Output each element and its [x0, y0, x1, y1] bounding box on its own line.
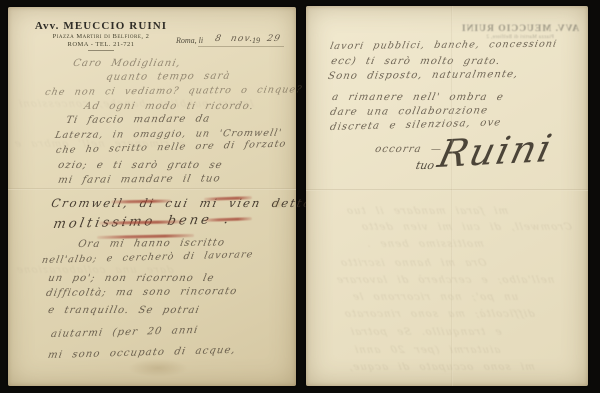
handwriting-line: dare una collaborazione [329, 105, 489, 118]
handwriting-line: Ti faccio mandare da [65, 113, 211, 126]
dateline-handwritten-date: 8 nov. [214, 34, 254, 44]
dateline: Roma, li 8 nov. 19 29 [176, 33, 292, 51]
bleedthrough-line: e tranquillo. Se potrai [349, 327, 503, 338]
bleedthrough-line: Cromwell, di cui mi vien detto [360, 222, 573, 233]
bleedthrough-line: nell'albo; e cercherò di lavorare [335, 275, 556, 286]
paper-stain [270, 199, 284, 209]
paper-stain [128, 359, 188, 377]
letter-page-2: AVV. MEUCCIO RUINI Piazza Martiri di Bel… [306, 6, 588, 386]
bleedthrough-line: moltissimo bene . [365, 239, 485, 250]
handwriting-line: Sono disposto, naturalmente, [327, 69, 519, 82]
dateline-printed-place: Roma, li [176, 36, 203, 45]
handwriting-line: nell'albo; e cercherò di lavorare [41, 249, 254, 266]
handwriting-line: e tranquillo. Se potrai [47, 305, 201, 316]
bleedthrough-line: aiutarmi (per 20 anni [353, 345, 502, 356]
handwriting-line: ozio; e ti sarò grato se [57, 160, 224, 171]
handwriting-line: difficoltà; ma sono rincorato [45, 286, 238, 299]
bleedthrough-line: mi sono occupato di acque, [347, 362, 536, 373]
bleedthrough-line: a rimanere nell' ombra e [13, 139, 187, 150]
bleedthrough-letterhead: AVV. MEUCCIO RUINI Piazza Martiri di Bel… [456, 24, 584, 40]
dateline-printed-century: 19 [252, 36, 260, 45]
bleedthrough-line: dare una collaborazione [15, 265, 175, 276]
bleedthrough-line: Ora mi hanno iscritto [339, 258, 488, 269]
letter-page-1: Avv. MEUCCIO RUINI Piazza Martiri di Bel… [8, 7, 296, 386]
bleedthrough-line: un po'; non ricorrono le [351, 292, 520, 303]
dateline-rule [198, 46, 284, 47]
letterhead: Avv. MEUCCIO RUINI Piazza Martiri di Bel… [26, 20, 176, 51]
handwriting-line: mi sono occupato di acque, [47, 345, 237, 361]
handwriting-line: ecc) ti sarò molto grato. [330, 56, 502, 67]
bleedthrough-letterhead-name: AVV. MEUCCIO RUINI [456, 24, 584, 34]
letter-photograph: Avv. MEUCCIO RUINI Piazza Martiri di Bel… [0, 0, 600, 393]
handwriting-line: Caro Modigliani, [72, 58, 182, 69]
letterhead-rule [88, 50, 114, 51]
letterhead-address: Piazza Martiri di Belfiore, 2 [26, 33, 176, 40]
bleedthrough-line: lavori pubblici, banche, concessioni [17, 99, 255, 110]
handwriting-line: quanto tempo sarà [105, 71, 232, 83]
handwriting-line: mi farai mandare il tuo [57, 173, 222, 186]
handwriting-line: Ora mi hanno iscritto [77, 237, 226, 250]
bleedthrough-line: difficoltà; ma sono rincorato [343, 309, 536, 320]
handwriting-line: lavori pubblici, banche, concessioni [329, 39, 558, 52]
fold-crease [306, 189, 588, 191]
handwriting-line: aiutarmi (per 20 anni [50, 325, 199, 340]
handwriting-line: che non ci vediamo? quattro o cinque? [44, 84, 303, 98]
bleedthrough-line: mi farai mandare il tuo [345, 206, 509, 217]
letterhead-phone: ROMA - TEL. 21-721 [26, 41, 176, 48]
letterhead-name: Avv. MEUCCIO RUINI [26, 20, 176, 32]
fold-crease [8, 188, 296, 190]
signature-prefix: tuo [415, 159, 436, 172]
handwriting-line: a rimanere nell' ombra e [331, 92, 505, 103]
handwriting-line: occorra — [374, 144, 443, 155]
dateline-handwritten-year: 29 [266, 34, 282, 44]
